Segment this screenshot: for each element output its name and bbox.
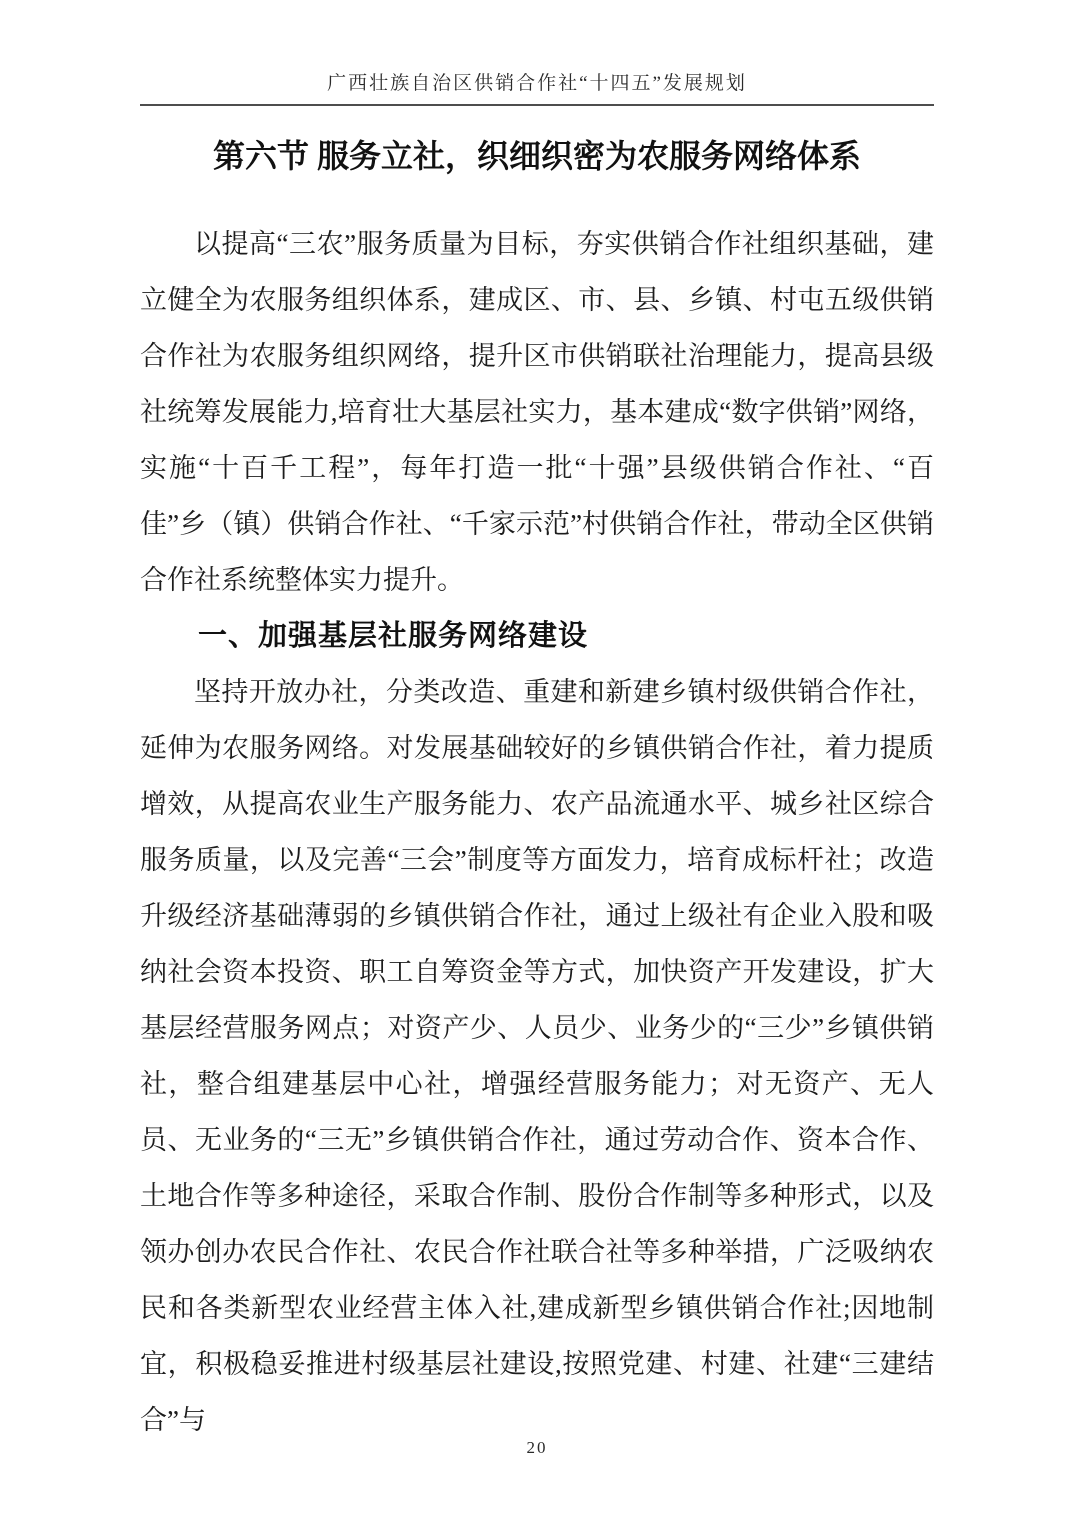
page-footer: 20	[0, 1438, 1074, 1458]
paragraph: 坚持开放办社，分类改造、重建和新建乡镇村级供销合作社，延伸为农服务网络。对发展基…	[140, 664, 934, 1448]
subsection-heading: 一、加强基层社服务网络建设	[140, 608, 934, 664]
paragraph: 以提高“三农”服务质量为目标，夯实供销合作社组织基础，建立健全为农服务组织体系，…	[140, 216, 934, 608]
page-header: 广西壮族自治区供销合作社“十四五”发展规划	[140, 68, 934, 106]
chapter-title: 第六节 服务立社，织细织密为农服务网络体系	[140, 132, 934, 180]
page-number: 20	[527, 1438, 548, 1457]
document-page: 广西壮族自治区供销合作社“十四五”发展规划 第六节 服务立社，织细织密为农服务网…	[0, 0, 1074, 1520]
document-content: 第六节 服务立社，织细织密为农服务网络体系 以提高“三农”服务质量为目标，夯实供…	[140, 104, 934, 1448]
page-header-text: 广西壮族自治区供销合作社“十四五”发展规划	[327, 73, 747, 94]
